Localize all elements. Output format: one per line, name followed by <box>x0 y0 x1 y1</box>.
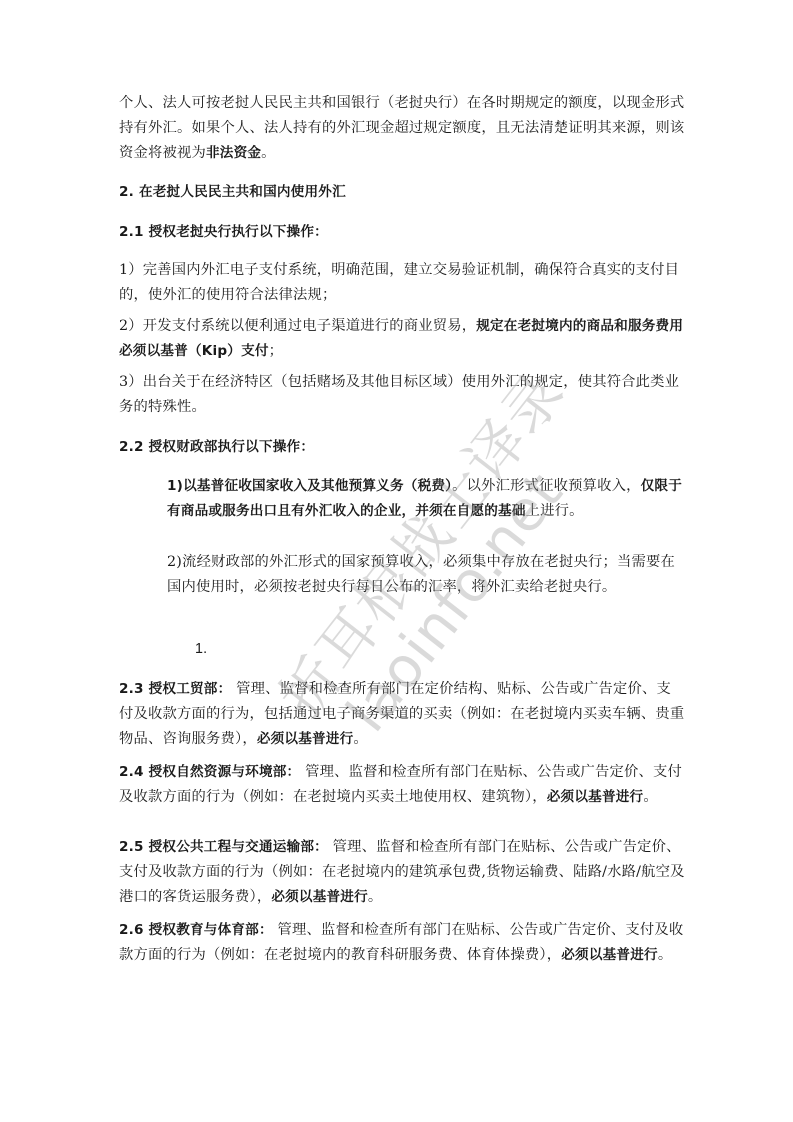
section-2-1-item-2: 2）开发支付系统以便利通过电子渠道进行的商业贸易，规定在老挝境内的商品和服务费用… <box>119 314 685 364</box>
item-1-end: 上进行。 <box>526 503 584 519</box>
section-2-5-heading: 2.5 授权公共工程与交通运输部： <box>119 839 328 855</box>
section-2-5-bold: 必须以基普进行 <box>271 889 368 905</box>
item-2-end: ； <box>269 343 284 359</box>
section-2-4-heading: 2.4 授权自然资源与环境部： <box>119 764 300 780</box>
section-2-3-bold: 必须以基普进行 <box>257 731 354 747</box>
section-2-4-paragraph: 2.4 授权自然资源与环境部： 管理、监督和检查所有部门在贴标、公告或广告定价、… <box>119 760 685 810</box>
intro-bold-text: 非法资金 <box>206 145 261 161</box>
item-1-bold-a: 1)以基普征收国家收入及其他预算义务（税费） <box>167 478 452 494</box>
section-2-3-paragraph: 2.3 授权工贸部： 管理、监督和检查所有部门在定价结构、贴标、公告或广告定价、… <box>119 677 685 752</box>
section-2-5-paragraph: 2.5 授权公共工程与交通运输部： 管理、监督和检查所有部门在贴标、公告或广告定… <box>119 835 685 910</box>
section-2-1-item-1: 1）完善国内外汇电子支付系统，明确范围，建立交易验证机制，确保符合真实的支付目的… <box>119 258 685 308</box>
section-2-6-bold: 必须以基普进行 <box>561 947 658 963</box>
section-2-1-item-3: 3）出台关于在经济特区（包括赌场及其他目标区域）使用外汇的规定，使其符合此类业务… <box>119 370 685 420</box>
item-2-normal-text: 2）开发支付系统以便利通过电子渠道进行的商业贸易， <box>119 318 476 334</box>
section-2-6-end: 。 <box>658 947 673 963</box>
section-2-heading: 2. 在老挝人民民主共和国内使用外汇 <box>119 180 685 205</box>
section-2-2-item-1: 1)以基普征收国家收入及其他预算义务（税费）。以外汇形式征收预算收入，仅限于有商… <box>167 474 685 524</box>
section-2-1-heading: 2.1 授权老挝央行执行以下操作： <box>119 220 685 245</box>
section-2-6-paragraph: 2.6 授权教育与体育部： 管理、监督和检查所有部门在贴标、公告或广告定价、支付… <box>119 918 685 968</box>
section-2-3-heading: 2.3 授权工贸部： <box>119 681 231 697</box>
list-marker: 1. <box>195 637 235 662</box>
intro-text: 个人、法人可按老挝人民民主共和国银行（老挝央行）在各时期规定的额度，以现金形式持… <box>119 95 684 161</box>
section-2-2-item-2: 2)流经财政部的外汇形式的国家预算收入，必须集中存放在老挝央行；当需要在国内使用… <box>167 550 685 600</box>
section-2-4-end: 。 <box>643 789 658 805</box>
intro-paragraph: 个人、法人可按老挝人民民主共和国银行（老挝央行）在各时期规定的额度，以现金形式持… <box>119 91 685 166</box>
section-2-5-end: 。 <box>368 889 383 905</box>
section-2-6-heading: 2.6 授权教育与体育部： <box>119 922 273 938</box>
intro-end: 。 <box>261 145 276 161</box>
item-1-normal: 。以外汇形式征收预算收入， <box>452 478 640 494</box>
section-2-3-end: 。 <box>353 731 368 747</box>
section-2-4-bold: 必须以基普进行 <box>547 789 644 805</box>
section-2-2-heading: 2.2 授权财政部执行以下操作： <box>119 435 685 460</box>
